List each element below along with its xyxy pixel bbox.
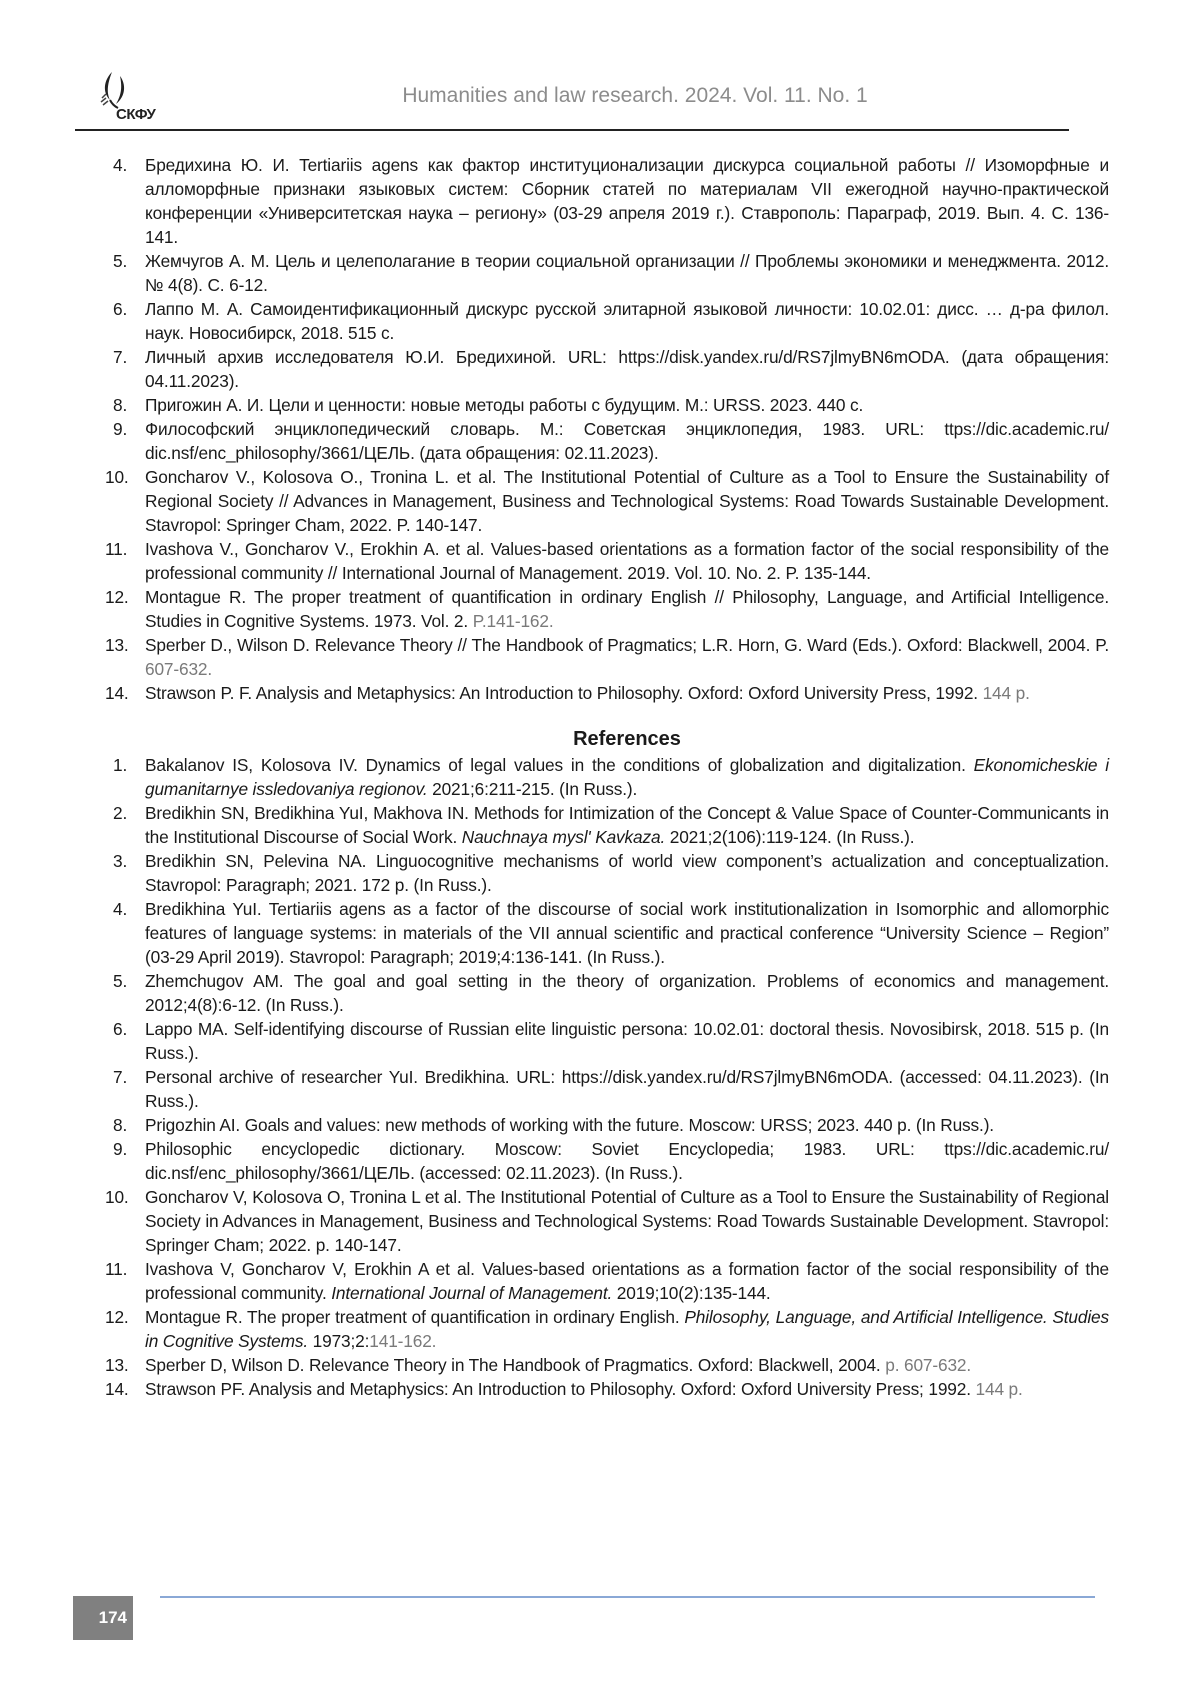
reference-pages: P.141-162. (473, 611, 554, 631)
reference-item: 4.Бредихина Ю. И. Tertiariis agens как ф… (99, 153, 1109, 249)
reference-item: 3.Bredikhin SN, Pelevina NA. Linguocogni… (99, 849, 1109, 897)
reference-number: 5. (113, 969, 127, 993)
reference-item: 8.Prigozhin AI. Goals and values: new me… (99, 1113, 1109, 1137)
journal-title-italic: International Journal of Management. (331, 1283, 612, 1303)
reference-number: 13. (105, 1353, 129, 1377)
reference-text: Goncharov V., Kolosova O., Tronina L. et… (145, 467, 1109, 535)
reference-number: 9. (113, 417, 127, 441)
reference-number: 6. (113, 1017, 127, 1041)
reference-text: Personal archive of researcher YuI. Bred… (145, 1067, 1109, 1111)
reference-item: 7.Personal archive of researcher YuI. Br… (99, 1065, 1109, 1113)
reference-details: 2021;6:211-215. (In Russ.). (427, 779, 637, 799)
reference-number: 5. (113, 249, 127, 273)
reference-item: 13.Sperber D, Wilson D. Relevance Theory… (99, 1353, 1109, 1377)
reference-item: 6.Лаппо М. А. Самоидентификационный диск… (99, 297, 1109, 345)
reference-number: 14. (105, 681, 129, 705)
reference-number: 10. (105, 1185, 129, 1209)
reference-item: 10.Goncharov V, Kolosova O, Tronina L et… (99, 1185, 1109, 1257)
reference-text: Bredikhina YuI. Tertiariis agens as a fa… (145, 899, 1109, 967)
reference-pages: p. 607-632. (885, 1355, 971, 1375)
reference-item: 12.Montague R. The proper treatment of q… (99, 1305, 1109, 1353)
reference-text: Пригожин А. И. Цели и ценности: новые ме… (145, 395, 863, 415)
reference-text: Goncharov V, Kolosova O, Tronina L et al… (145, 1187, 1109, 1255)
reference-text: Montague R. The proper treatment of quan… (145, 1307, 684, 1327)
journal-title-italic: Nauchnaya mysl' Kavkaza. (462, 827, 665, 847)
reference-number: 9. (113, 1137, 127, 1161)
reference-item: 11.Ivashova V., Goncharov V., Erokhin A.… (99, 537, 1109, 585)
reference-text: Prigozhin AI. Goals and values: new meth… (145, 1115, 994, 1135)
reference-item: 8.Пригожин А. И. Цели и ценности: новые … (99, 393, 1109, 417)
reference-text: Zhemchugov AM. The goal and goal setting… (145, 971, 1109, 1015)
reference-item: 7.Личный архив исследователя Ю.И. Бредих… (99, 345, 1109, 393)
reference-text: Лаппо М. А. Самоидентификационный дискур… (145, 299, 1109, 343)
references-list: 1.Bakalanov IS, Kolosova IV. Dynamics of… (99, 753, 1109, 1401)
reference-text: Lappo MA. Self-identifying discourse of … (145, 1019, 1109, 1063)
reference-text: Sperber D, Wilson D. Relevance Theory in… (145, 1355, 885, 1375)
reference-number: 7. (113, 345, 127, 369)
reference-text: Личный архив исследователя Ю.И. Бредихин… (145, 347, 1109, 391)
reference-number: 13. (105, 633, 129, 657)
reference-number: 14. (105, 1377, 129, 1401)
reference-number: 1. (113, 753, 127, 777)
reference-text: Strawson P. F. Analysis and Metaphysics:… (145, 683, 983, 703)
page-header: СКФУ Humanities and law research. 2024. … (0, 0, 1200, 140)
reference-item: 2.Bredikhin SN, Bredikhina YuI, Makhova … (99, 801, 1109, 849)
header-divider (75, 129, 1069, 131)
reference-item: 9.Philosophic encyclopedic dictionary. M… (99, 1137, 1109, 1185)
references-heading: References (99, 727, 1109, 751)
literature-list: 4.Бредихина Ю. И. Tertiariis agens как ф… (99, 153, 1109, 705)
reference-text: Sperber D., Wilson D. Relevance Theory /… (145, 635, 1109, 655)
reference-number: 11. (105, 1257, 127, 1281)
reference-number: 11. (105, 537, 127, 561)
reference-number: 6. (113, 297, 127, 321)
logo-text: СКФУ (116, 106, 155, 123)
reference-number: 4. (113, 897, 127, 921)
reference-pages: 144 p. (983, 683, 1030, 703)
reference-item: 10.Goncharov V., Kolosova O., Tronina L.… (99, 465, 1109, 537)
reference-number: 2. (113, 801, 127, 825)
reference-text: Montague R. The proper treatment of quan… (145, 587, 1109, 631)
reference-number: 8. (113, 393, 127, 417)
reference-number: 4. (113, 153, 127, 177)
page-number: 174 (73, 1596, 133, 1640)
reference-number: 3. (113, 849, 127, 873)
reference-item: 9.Философский энциклопедический словарь.… (99, 417, 1109, 465)
reference-item: 5.Жемчугов А. М. Цель и целеполагание в … (99, 249, 1109, 297)
reference-text: Философский энциклопедический словарь. М… (145, 419, 1109, 463)
journal-title: Humanities and law research. 2024. Vol. … (0, 84, 1200, 108)
reference-number: 12. (105, 1305, 129, 1329)
reference-number: 10. (105, 465, 129, 489)
reference-text: Ivashova V., Goncharov V., Erokhin A. et… (145, 539, 1109, 583)
reference-details: 2021;2(106):119-124. (In Russ.). (665, 827, 914, 847)
reference-number: 12. (105, 585, 129, 609)
reference-item: 13.Sperber D., Wilson D. Relevance Theor… (99, 633, 1109, 681)
reference-text: Strawson PF. Analysis and Metaphysics: A… (145, 1379, 976, 1399)
reference-number: 8. (113, 1113, 127, 1137)
reference-text: Bakalanov IS, Kolosova IV. Dynamics of l… (145, 755, 974, 775)
footer-divider (160, 1596, 1095, 1598)
reference-pages: 141-162. (369, 1331, 436, 1351)
reference-details: 2019;10(2):135-144. (612, 1283, 770, 1303)
reference-text: Бредихина Ю. И. Tertiariis agens как фак… (145, 155, 1109, 247)
reference-details: 1973;2: (308, 1331, 369, 1351)
reference-item: 11.Ivashova V, Goncharov V, Erokhin A et… (99, 1257, 1109, 1305)
reference-item: 1.Bakalanov IS, Kolosova IV. Dynamics of… (99, 753, 1109, 801)
reference-pages: 144 p. (976, 1379, 1023, 1399)
reference-item: 5.Zhemchugov AM. The goal and goal setti… (99, 969, 1109, 1017)
reference-item: 6.Lappo MA. Self-identifying discourse o… (99, 1017, 1109, 1065)
page-content: 4.Бредихина Ю. И. Tertiariis agens как ф… (99, 153, 1109, 1401)
reference-number: 7. (113, 1065, 127, 1089)
reference-text: Bredikhin SN, Pelevina NA. Linguocogniti… (145, 851, 1109, 895)
reference-item: 14.Strawson P. F. Analysis and Metaphysi… (99, 681, 1109, 705)
reference-pages: 607-632. (145, 659, 212, 679)
reference-text: Philosophic encyclopedic dictionary. Mos… (145, 1139, 1109, 1183)
reference-text: Жемчугов А. М. Цель и целеполагание в те… (145, 251, 1109, 295)
reference-item: 14.Strawson PF. Analysis and Metaphysics… (99, 1377, 1109, 1401)
reference-item: 12.Montague R. The proper treatment of q… (99, 585, 1109, 633)
reference-item: 4.Bredikhina YuI. Tertiariis agens as a … (99, 897, 1109, 969)
